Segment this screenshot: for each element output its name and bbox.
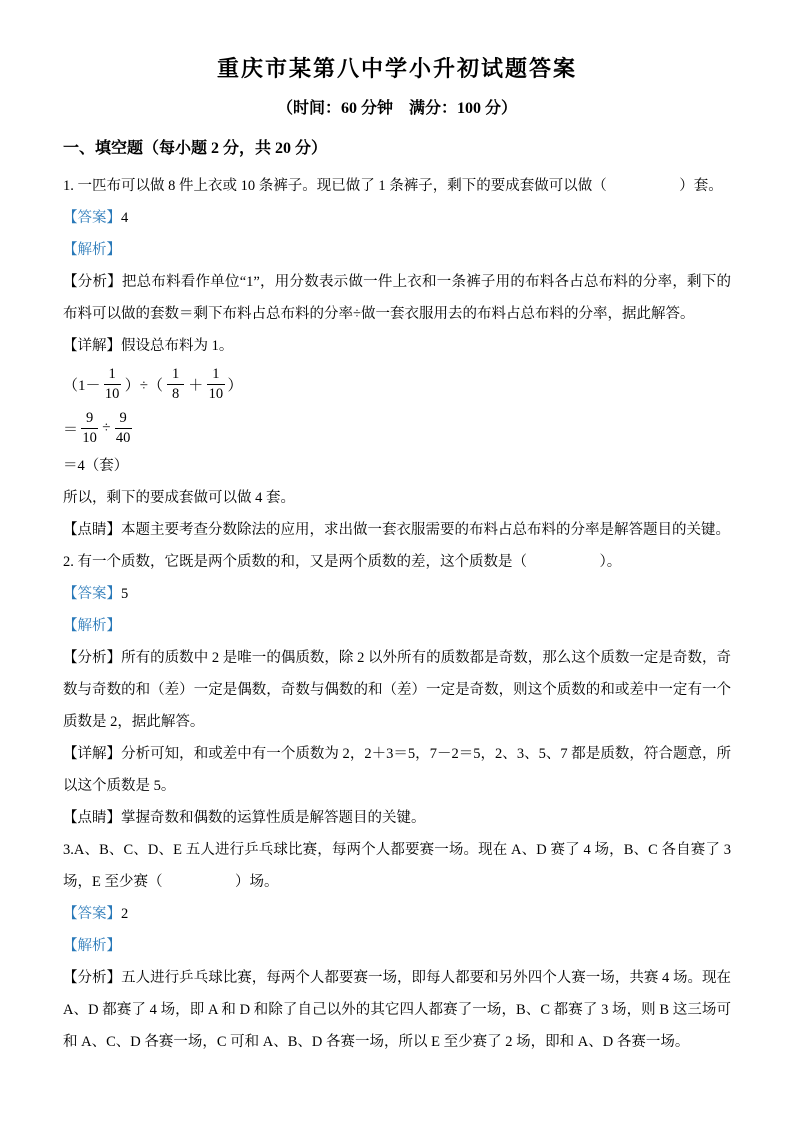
equals-sign: ＝: [63, 418, 78, 439]
fraction: 940: [115, 410, 132, 446]
formula-line-2: ＝ 910 ÷ 940: [63, 406, 731, 450]
question-text: 3.A、B、C、D、E 五人进行乒乓球比赛，每两个人都要赛一场。现在 A、D 赛…: [63, 834, 731, 898]
breakdown-paragraph: 【分析】把总布料看作单位“1”，用分数表示做一件上衣和一条裤子用的布料各占总布料…: [63, 266, 731, 330]
answer-value: 2: [121, 906, 128, 922]
answer-line: 【答案】5: [63, 578, 731, 610]
detail-paragraph: 【详解】分析可知，和或差中有一个质数为 2，2＋3＝5，7－2＝5，2、3、5、…: [63, 738, 731, 802]
breakdown-label: 【分析】: [63, 970, 121, 986]
answer-line: 【答案】2: [63, 898, 731, 930]
document-page: 重庆市某第八中学小升初试题答案 （时间：60 分钟 满分：100 分） 一、填空…: [0, 0, 793, 1122]
question-block-3: 3.A、B、C、D、E 五人进行乒乓球比赛，每两个人都要赛一场。现在 A、D 赛…: [63, 834, 731, 1058]
analysis-line: 【解析】: [63, 610, 731, 642]
formula-open: （1－: [63, 374, 101, 395]
analysis-label: 【解析】: [63, 242, 121, 258]
fraction: 18: [167, 366, 184, 402]
question-text: 2. 有一个质数，它既是两个质数的和，又是两个质数的差，这个质数是（ ）。: [63, 546, 731, 578]
question-block-2: 2. 有一个质数，它既是两个质数的和，又是两个质数的差，这个质数是（ ）。 【答…: [63, 546, 731, 834]
fraction: 910: [81, 410, 98, 446]
detail-text: 分析可知，和或差中有一个质数为 2，2＋3＝5，7－2＝5，2、3、5、7 都是…: [63, 746, 731, 794]
breakdown-text: 把总布料看作单位“1”，用分数表示做一件上衣和一条裤子用的布料各占总布料的分率，…: [63, 274, 731, 322]
detail-label: 【详解】: [63, 338, 121, 354]
detail-label: 【详解】: [63, 746, 121, 762]
fraction: 110: [207, 366, 224, 402]
analysis-label: 【解析】: [63, 938, 121, 954]
analysis-line: 【解析】: [63, 930, 731, 962]
formula-line-1: （1－ 110 ）÷（ 18 ＋ 110 ）: [63, 362, 731, 406]
breakdown-label: 【分析】: [63, 274, 122, 290]
tip-paragraph: 【点睛】掌握奇数和偶数的运算性质是解答题目的关键。: [63, 802, 731, 834]
tip-text: 本题主要考查分数除法的应用，求出做一套衣服需要的布料占总布料的分率是解答题目的关…: [121, 522, 730, 538]
detail-intro-text: 假设总布料为 1。: [121, 338, 233, 354]
breakdown-paragraph: 【分析】五人进行乒乓球比赛，每两个人都要赛一场，即每人都要和另外四个人赛一场，共…: [63, 962, 731, 1058]
document-title: 重庆市某第八中学小升初试题答案: [63, 54, 731, 84]
conclusion-line: 所以，剩下的要成套做可以做 4 套。: [63, 482, 731, 514]
divide-operator: ÷: [102, 420, 110, 437]
answer-label: 【答案】: [63, 210, 121, 226]
answer-line: 【答案】4: [63, 202, 731, 234]
analysis-label: 【解析】: [63, 618, 121, 634]
breakdown-text: 五人进行乒乓球比赛，每两个人都要赛一场，即每人都要和另外四个人赛一场，共赛 4 …: [63, 970, 731, 1050]
answer-label: 【答案】: [63, 586, 121, 602]
breakdown-paragraph: 【分析】所有的质数中 2 是唯一的偶质数，除 2 以外所有的质数都是奇数，那么这…: [63, 642, 731, 738]
analysis-line: 【解析】: [63, 234, 731, 266]
tip-label: 【点睛】: [63, 522, 121, 538]
plus-operator: ＋: [188, 374, 203, 395]
answer-label: 【答案】: [63, 906, 121, 922]
tip-label: 【点睛】: [63, 810, 121, 826]
formula-result: ＝4（套）: [63, 450, 731, 482]
tip-text: 掌握奇数和偶数的运算性质是解答题目的关键。: [121, 810, 426, 826]
formula-mid: ）÷（: [125, 374, 163, 395]
breakdown-text: 所有的质数中 2 是唯一的偶质数，除 2 以外所有的质数都是奇数，那么这个质数一…: [63, 650, 731, 730]
document-subtitle: （时间：60 分钟 满分：100 分）: [63, 97, 731, 121]
breakdown-label: 【分析】: [63, 650, 121, 666]
detail-intro-line: 【详解】假设总布料为 1。: [63, 330, 731, 362]
answer-value: 5: [121, 586, 128, 602]
formula-close: ）: [228, 374, 243, 395]
fraction: 110: [104, 366, 121, 402]
question-block-1: 1. 一匹布可以做 8 件上衣或 10 条裤子。现已做了 1 条裤子，剩下的要成…: [63, 170, 731, 546]
answer-value: 4: [121, 210, 128, 226]
question-text: 1. 一匹布可以做 8 件上衣或 10 条裤子。现已做了 1 条裤子，剩下的要成…: [63, 170, 731, 202]
tip-paragraph: 【点睛】本题主要考查分数除法的应用，求出做一套衣服需要的布料占总布料的分率是解答…: [63, 514, 731, 546]
section-heading: 一、填空题（每小题 2 分，共 20 分）: [63, 136, 731, 162]
